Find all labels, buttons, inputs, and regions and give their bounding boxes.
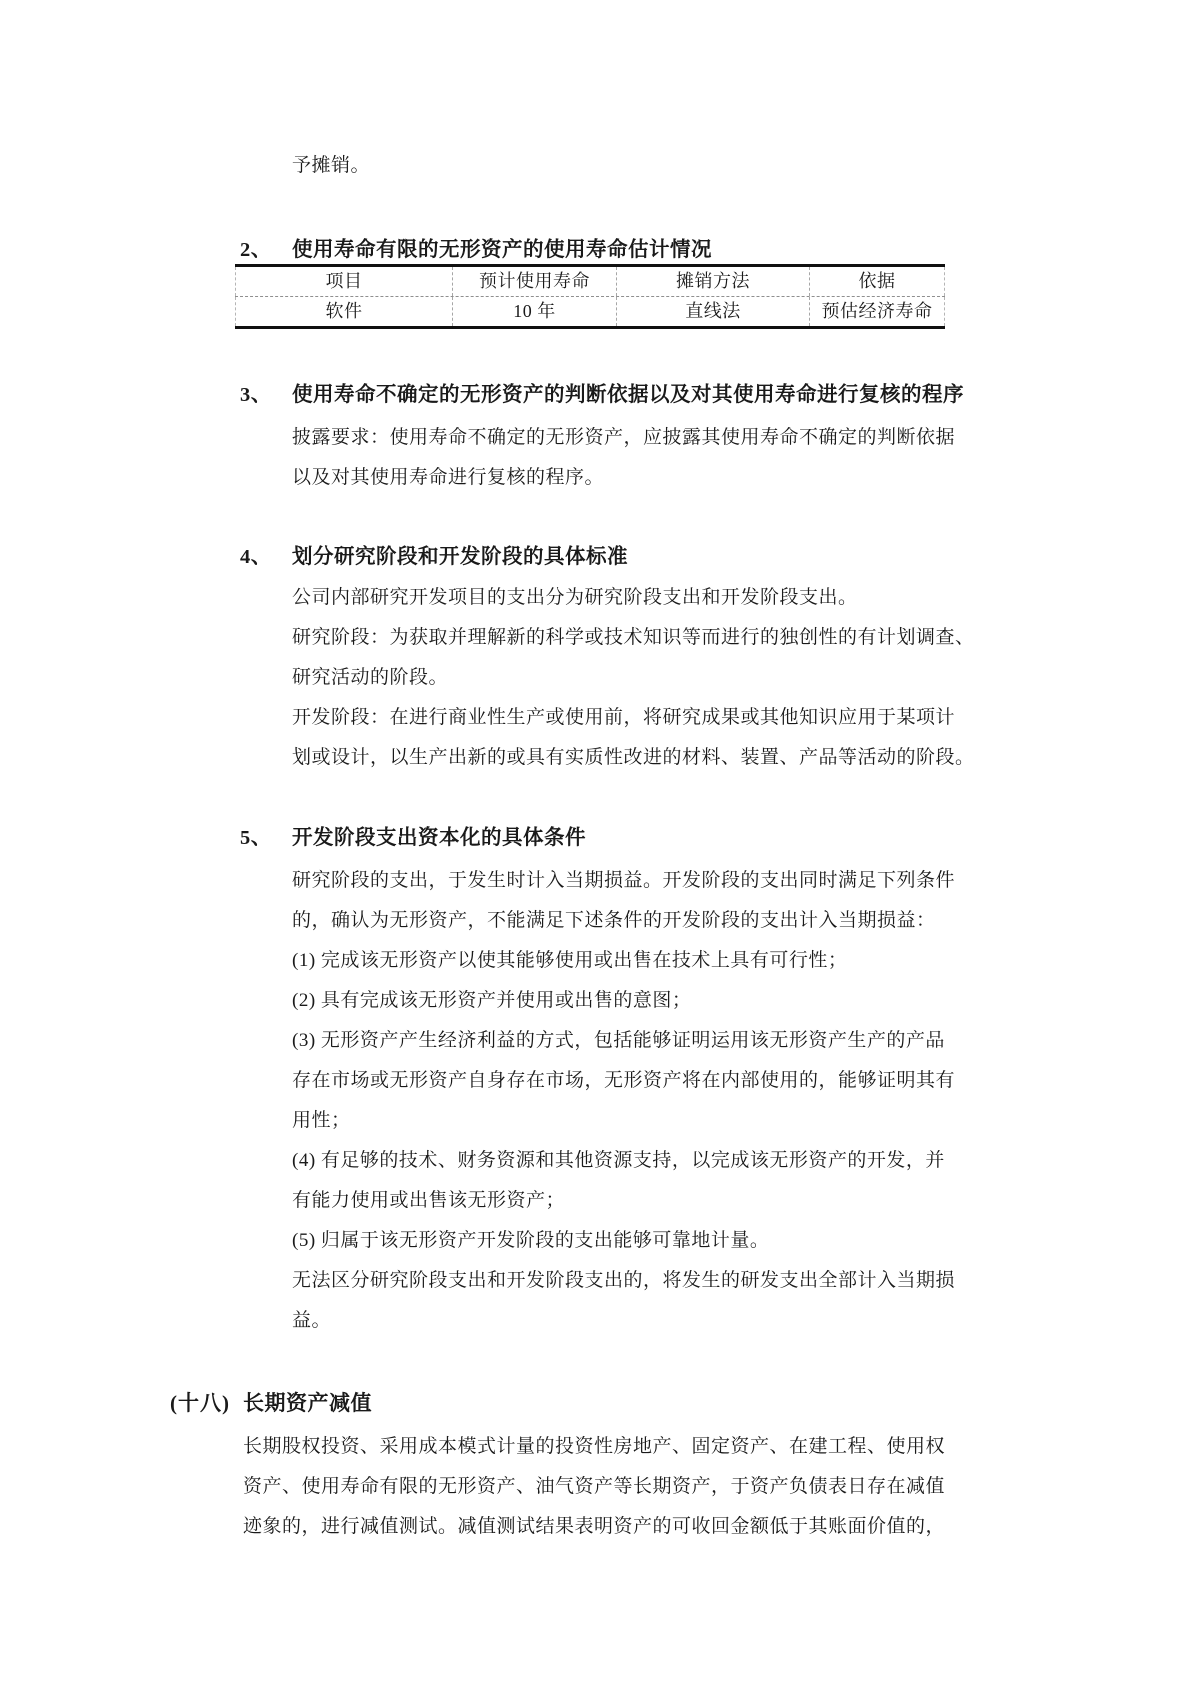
section-4-heading: 4、划分研究阶段和开发阶段的具体标准	[240, 544, 628, 570]
table-header-basis: 依据	[810, 267, 945, 296]
section-5-title: 开发阶段支出资本化的具体条件	[292, 827, 586, 849]
section-4-title: 划分研究阶段和开发阶段的具体标准	[292, 546, 628, 568]
section-5-body: 研究阶段的支出，于发生时计入当期损益。开发阶段的支出同时满足下列条件的，确认为无…	[292, 861, 955, 1341]
text-line: 研究活动的阶段。	[292, 658, 975, 698]
text-line: 以及对其使用寿命进行复核的程序。	[292, 458, 955, 498]
document-page: 予摊销。 2、使用寿命有限的无形资产的使用寿命估计情况 项目 预计使用寿命 摊销…	[0, 0, 1200, 1696]
text-line: 划或设计，以生产出新的或具有实质性改进的材料、装置、产品等活动的阶段。	[292, 738, 975, 778]
section-3-body: 披露要求：使用寿命不确定的无形资产，应披露其使用寿命不确定的判断依据以及对其使用…	[292, 418, 955, 498]
text-line: 长期股权投资、采用成本模式计量的投资性房地产、固定资产、在建工程、使用权	[243, 1427, 945, 1467]
text-line: 益。	[292, 1301, 955, 1341]
table-row: 软件 10 年 直线法 预估经济寿命	[235, 297, 945, 326]
section-2-number: 2、	[240, 237, 292, 263]
section-5-heading: 5、开发阶段支出资本化的具体条件	[240, 825, 586, 851]
table-header-item: 项目	[235, 267, 453, 296]
amortization-table: 项目 预计使用寿命 摊销方法 依据 软件 10 年 直线法 预估经济寿命	[235, 264, 945, 329]
text-line: 存在市场或无形资产自身存在市场，无形资产将在内部使用的，能够证明其有	[292, 1061, 955, 1101]
text-line: 研究阶段：为获取并理解新的科学或技术知识等而进行的独创性的有计划调查、	[292, 618, 975, 658]
section-18-number: (十八)	[170, 1390, 243, 1416]
text-line: 开发阶段：在进行商业性生产或使用前，将研究成果或其他知识应用于某项计	[292, 698, 975, 738]
text-line: 研究阶段的支出，于发生时计入当期损益。开发阶段的支出同时满足下列条件	[292, 861, 955, 901]
section-18-heading: (十八)长期资产减值	[170, 1390, 372, 1416]
section-3-number: 3、	[240, 382, 292, 408]
text-line: 资产、使用寿命有限的无形资产、油气资产等长期资产，于资产负债表日存在减值	[243, 1467, 945, 1507]
section-4-body: 公司内部研究开发项目的支出分为研究阶段支出和开发阶段支出。研究阶段：为获取并理解…	[292, 578, 975, 778]
table-header-amortization-method: 摊销方法	[617, 267, 810, 296]
text-line: 迹象的，进行减值测试。减值测试结果表明资产的可收回金额低于其账面价值的，	[243, 1507, 945, 1547]
section-3-heading: 3、使用寿命不确定的无形资产的判断依据以及对其使用寿命进行复核的程序	[240, 382, 964, 408]
table-cell-expected-life: 10 年	[453, 297, 617, 326]
table-header-expected-life: 预计使用寿命	[453, 267, 617, 296]
section-3-title: 使用寿命不确定的无形资产的判断依据以及对其使用寿命进行复核的程序	[292, 384, 964, 406]
section-18-body: 长期股权投资、采用成本模式计量的投资性房地产、固定资产、在建工程、使用权资产、使…	[243, 1427, 945, 1547]
text-line: 无法区分研究阶段支出和开发阶段支出的，将发生的研发支出全部计入当期损	[292, 1261, 955, 1301]
table-cell-basis: 预估经济寿命	[810, 297, 945, 326]
paragraph-line: 予摊销。	[292, 146, 370, 186]
text-line: 公司内部研究开发项目的支出分为研究阶段支出和开发阶段支出。	[292, 578, 975, 618]
text-line: (4) 有足够的技术、财务资源和其他资源支持，以完成该无形资产的开发，并	[292, 1141, 955, 1181]
section-2-title: 使用寿命有限的无形资产的使用寿命估计情况	[292, 239, 712, 261]
text-line: 用性；	[292, 1101, 955, 1141]
section-18-title: 长期资产减值	[243, 1391, 372, 1415]
text-line: (5) 归属于该无形资产开发阶段的支出能够可靠地计量。	[292, 1221, 955, 1261]
table-cell-item: 软件	[235, 297, 453, 326]
text-line: (1) 完成该无形资产以使其能够使用或出售在技术上具有可行性；	[292, 941, 955, 981]
text-line: (3) 无形资产产生经济利益的方式，包括能够证明运用该无形资产生产的产品	[292, 1021, 955, 1061]
text-line: 的，确认为无形资产，不能满足下述条件的开发阶段的支出计入当期损益：	[292, 901, 955, 941]
section-5-number: 5、	[240, 825, 292, 851]
text-line: 披露要求：使用寿命不确定的无形资产，应披露其使用寿命不确定的判断依据	[292, 418, 955, 458]
table-cell-amortization-method: 直线法	[617, 297, 810, 326]
table-header-row: 项目 预计使用寿命 摊销方法 依据	[235, 267, 945, 297]
section-4-number: 4、	[240, 544, 292, 570]
text-line: (2) 具有完成该无形资产并使用或出售的意图；	[292, 981, 955, 1021]
section-2-heading: 2、使用寿命有限的无形资产的使用寿命估计情况	[240, 237, 712, 263]
text-line: 有能力使用或出售该无形资产；	[292, 1181, 955, 1221]
